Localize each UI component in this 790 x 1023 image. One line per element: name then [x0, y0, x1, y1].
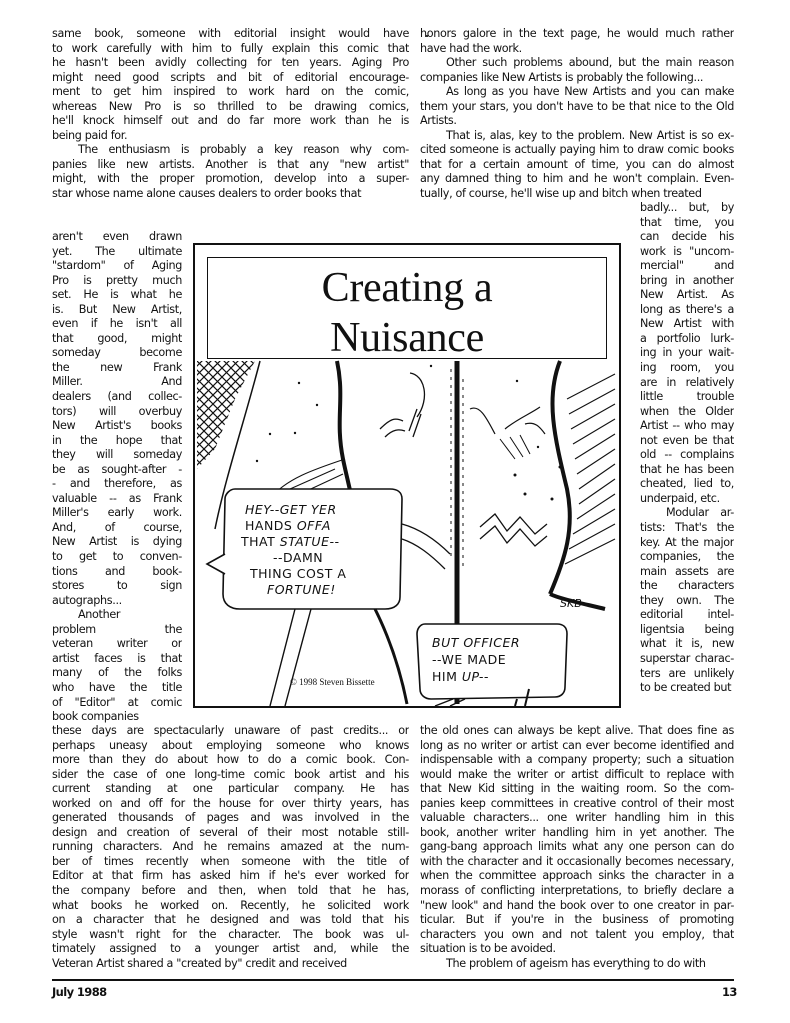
right-narrow-column-text: badly... but, bythat time, youcan decide…: [640, 201, 734, 696]
text-line: Artist -- who may: [640, 419, 734, 434]
text-line: the old ones can always be kept alive. T…: [420, 724, 734, 739]
text-line: running characters. And he remains amaze…: [52, 840, 409, 855]
left-column-top-text: same book, someone with editorial insigh…: [52, 27, 409, 202]
text-line: they will someday: [52, 448, 182, 463]
text-line: artist faces is that: [52, 652, 182, 667]
text-line: design and creation of several of their …: [52, 826, 409, 841]
text-line: valuable -- as Frank: [52, 492, 182, 507]
text-line: the company before and then, when told t…: [52, 884, 409, 899]
text-line: when the Older: [640, 405, 734, 420]
text-line: in the hope that: [52, 434, 182, 449]
text-line: Pro is pretty much: [52, 274, 182, 289]
text-line: set. He is what he: [52, 288, 182, 303]
text-line: "new look" and hand the book over to one…: [420, 899, 734, 914]
text-line: that time, you: [640, 216, 734, 231]
text-line: with the character and it occasionally b…: [420, 855, 734, 870]
text-line: cheated, lied to,: [640, 477, 734, 492]
text-line: The problem of ageism has everything to …: [420, 957, 734, 972]
svg-text:BUT OFFICER: BUT OFFICER: [432, 635, 520, 650]
text-line: many of the folks: [52, 666, 182, 681]
text-line: are in relatively: [640, 376, 734, 391]
svg-text:--WE MADE: --WE MADE: [432, 652, 506, 667]
text-line: yet. The ultimate: [52, 245, 182, 260]
text-line: sider the case of one long-time comic bo…: [52, 768, 409, 783]
text-line: aren't even drawn: [52, 230, 182, 245]
svg-text:THING COST A: THING COST A: [249, 566, 346, 581]
text-line: ing room, you: [640, 361, 734, 376]
cartoon-frame: Creating a Nuisance: [193, 243, 621, 708]
text-line: tions and book-: [52, 565, 182, 580]
text-line: perhaps uneasy about employing someone w…: [52, 739, 409, 754]
text-line: bring in another: [640, 274, 734, 289]
text-line: companies, the: [640, 550, 734, 565]
text-line: Editor at that firm has asked him if he'…: [52, 869, 409, 884]
text-line: generated thousands of pages and was inv…: [52, 811, 409, 826]
text-line: star whose name alone causes dealers to …: [52, 187, 409, 202]
text-line: superstar charac-: [640, 652, 734, 667]
svg-text:FORTUNE!: FORTUNE!: [267, 582, 336, 597]
text-line: when the committee approach sinks the ch…: [420, 869, 734, 884]
text-line: autographs...: [52, 594, 182, 609]
text-line: situation is to be avoided.: [420, 942, 734, 957]
text-line: that he has been: [640, 463, 734, 478]
text-line: stores to sign: [52, 579, 182, 594]
text-line: mercial" and: [640, 259, 734, 274]
svg-text:HANDS OFFA: HANDS OFFA: [245, 518, 331, 533]
text-line: old -- complains: [640, 448, 734, 463]
text-line: the new Frank: [52, 361, 182, 376]
text-line: style wasn't right for the character. Th…: [52, 928, 409, 943]
cartoon-illustration: HEY--GET YER HANDS OFFA THAT STATUE-- --…: [195, 359, 619, 706]
crosshatch-shading: [197, 361, 255, 469]
text-line: New Artist with: [640, 317, 734, 332]
text-line: is. But New Artist,: [52, 303, 182, 318]
text-line: more than they do about how to do a comi…: [52, 753, 409, 768]
text-line: that New Kid sitting in the waiting room…: [420, 782, 734, 797]
text-line: would make the writer or artist difficul…: [420, 768, 734, 783]
text-line: can decide his: [640, 230, 734, 245]
text-line: underpaid, etc.: [640, 492, 734, 507]
text-line: them your stars, you don't have to be th…: [420, 100, 734, 115]
right-column-bottom-text: the old ones can always be kept alive. T…: [420, 724, 734, 971]
left-narrow-column-text: aren't even drawnyet. The ultimate"stard…: [52, 230, 182, 725]
text-line: someday become: [52, 346, 182, 361]
text-line: tors) will overbuy: [52, 405, 182, 420]
text-line: on a character that he designed and was …: [52, 913, 409, 928]
text-line: companies like New Artists is probably t…: [420, 71, 734, 86]
text-line: book companies: [52, 710, 182, 725]
text-line: might need good scripts and bit of edito…: [52, 71, 409, 86]
text-line: to get to conven-: [52, 550, 182, 565]
text-line: book, another writer handling him in yet…: [420, 826, 734, 841]
text-line: tually, of course, he'll wise up and bit…: [420, 187, 734, 202]
text-line: Miller. And: [52, 375, 182, 390]
text-line: gang-bang approach limits what any one p…: [420, 840, 734, 855]
text-line: what it is, new: [640, 637, 734, 652]
text-line: they own. The: [640, 594, 734, 609]
footer-rule: [52, 979, 734, 981]
text-line: that for a certain amount of time, you c…: [420, 158, 734, 173]
text-line: might, with the proper promotion, develo…: [52, 172, 409, 187]
text-line: And, of course,: [52, 521, 182, 536]
text-line: whereas New Pro is so thrilled to be dra…: [52, 100, 409, 115]
text-line: Another: [52, 608, 182, 623]
text-line: not even be that: [640, 434, 734, 449]
text-line: panies like new artists. Another is that…: [52, 158, 409, 173]
page-number: 13: [722, 985, 737, 999]
text-line: to work carefully with him to fully expl…: [52, 42, 409, 57]
text-line: he'll knock himself out and do far more …: [52, 114, 409, 129]
text-line: the characters: [640, 579, 734, 594]
text-line: Modular ar-: [640, 506, 734, 521]
svg-text:--DAMN: --DAMN: [273, 550, 323, 565]
text-line: ters are unlikely: [640, 667, 734, 682]
cartoon-title-line-1: Creating a: [208, 268, 606, 308]
text-line: New Artist's books: [52, 419, 182, 434]
text-line: work is "uncom-: [640, 245, 734, 260]
text-line: New Artist. As: [640, 288, 734, 303]
text-line: ment to get him inspired to work hard on…: [52, 85, 409, 100]
text-line: "stardom" of Aging: [52, 259, 182, 274]
text-line: dealers (and collec-: [52, 390, 182, 405]
text-line: That is, alas, key to the problem. New A…: [420, 129, 734, 144]
svg-text:HEY--GET YER: HEY--GET YER: [245, 502, 337, 517]
cartoon-title-box: Creating a Nuisance: [207, 257, 607, 359]
text-line: long as no writer or artist can ever bec…: [420, 739, 734, 754]
text-line: ticular. But if you're in the business o…: [420, 913, 734, 928]
text-line: cited someone is actually paying him to …: [420, 143, 734, 158]
svg-text:HIM UP--: HIM UP--: [432, 669, 489, 684]
text-line: Veteran Artist shared a "created by" cre…: [52, 957, 409, 972]
text-line: who have the title: [52, 681, 182, 696]
text-line: key. At the major: [640, 536, 734, 551]
right-column-top-text: honors galore in the text page, he would…: [420, 27, 734, 202]
text-line: As long as you have New Artists and you …: [420, 85, 734, 100]
text-line: panies keep committees in creative contr…: [420, 797, 734, 812]
text-line: - and therefore, as: [52, 477, 182, 492]
text-line: indispensable with a company property; s…: [420, 753, 734, 768]
text-line: of "Editor" at comic: [52, 696, 182, 711]
footer-date: July 1988: [52, 985, 107, 999]
text-line: editorial intel-: [640, 608, 734, 623]
text-line: Artists.: [420, 114, 734, 129]
cartoon-title-line-2: Nuisance: [208, 318, 606, 358]
text-line: tists: That's the: [640, 521, 734, 536]
text-line: any damned thing to him and he won't com…: [420, 172, 734, 187]
text-line: little trouble: [640, 390, 734, 405]
text-line: to be created but: [640, 681, 734, 696]
text-line: these days are spectacularly unaware of …: [52, 724, 409, 739]
text-line: he hasn't been avidly collecting for ten…: [52, 56, 409, 71]
text-line: morass of conflicting interpretations, t…: [420, 884, 734, 899]
text-line: timately assigned to a younger artist an…: [52, 942, 409, 957]
text-line: that good, might: [52, 332, 182, 347]
text-line: characters you own and not talent you em…: [420, 928, 734, 943]
text-line: have had the work.: [420, 42, 734, 57]
text-line: badly... but, by: [640, 201, 734, 216]
left-column-bottom-text: these days are spectacularly unaware of …: [52, 724, 409, 971]
text-line: long as there's a: [640, 303, 734, 318]
text-line: Miller's early work.: [52, 506, 182, 521]
text-line: honors galore in the text page, he would…: [420, 27, 734, 42]
text-line: worked on and off for the house for over…: [52, 797, 409, 812]
text-line: ber of times recently when someone with …: [52, 855, 409, 870]
artist-signature: SKB: [560, 597, 582, 610]
text-line: The enthusiasm is probably a key reason …: [52, 143, 409, 158]
text-line: same book, someone with editorial insigh…: [52, 27, 409, 42]
svg-text:THAT STATUE--: THAT STATUE--: [240, 534, 340, 549]
text-line: ing in your wait-: [640, 346, 734, 361]
text-line: Other such problems abound, but the main…: [420, 56, 734, 71]
text-line: even if he isn't all: [52, 317, 182, 332]
text-line: problem the: [52, 623, 182, 638]
text-line: main assets are: [640, 565, 734, 580]
text-line: what books he worked on. Recently, he so…: [52, 899, 409, 914]
text-line: New Artist is dying: [52, 535, 182, 550]
text-line: be as sought-after -: [52, 463, 182, 478]
column-dot: [426, 35, 428, 37]
cartoon-credit: © 1998 Steven Bissette: [290, 677, 375, 687]
text-line: veteran writer or: [52, 637, 182, 652]
text-line: ligentsia being: [640, 623, 734, 638]
text-line: current standing at one particular compa…: [52, 782, 409, 797]
text-line: a portfolio lurk-: [640, 332, 734, 347]
text-line: valuable characters... one writer handli…: [420, 811, 734, 826]
text-line: being paid for.: [52, 129, 409, 144]
